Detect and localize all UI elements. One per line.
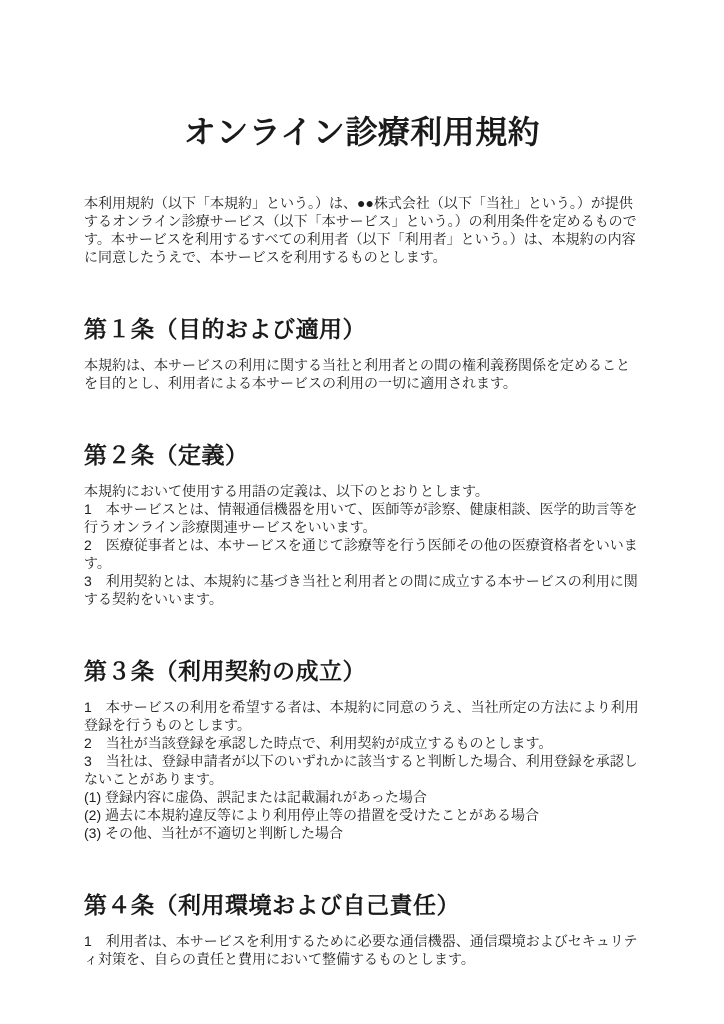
article-3-item-2: 2 当社が当該登録を承認した時点で、利用契約が成立するものとします。	[84, 734, 640, 752]
document-page: オンライン診療利用規約 本利用規約（以下「本規約」という。）は、●●株式会社（以…	[0, 0, 724, 1024]
article-2-paragraph: 本規約において使用する用語の定義は、以下のとおりとします。	[84, 482, 640, 500]
article-2-item-3: 3 利用契約とは、本規約に基づき当社と利用者との間に成立する本サービスの利用に関…	[84, 572, 640, 608]
article-2-heading: 第２条（定義）	[84, 440, 640, 470]
article-3-heading: 第３条（利用契約の成立）	[84, 656, 640, 686]
article-3-item-1: 1 本サービスの利用を希望する者は、本規約に同意のうえ、当社所定の方法により利用…	[84, 698, 640, 734]
article-4-heading: 第４条（利用環境および自己責任）	[84, 890, 640, 920]
page-title: オンライン診療利用規約	[84, 110, 640, 154]
article-3-subitem-3: (3) その他、当社が不適切と判断した場合	[84, 824, 640, 842]
article-2-item-1: 1 本サービスとは、情報通信機器を用いて、医師等が診察、健康相談、医学的助言等を…	[84, 500, 640, 536]
section-article-3: 第３条（利用契約の成立） 1 本サービスの利用を希望する者は、本規約に同意のうえ…	[84, 656, 640, 842]
article-4-item-1: 1 利用者は、本サービスを利用するために必要な通信機器、通信環境およびセキュリテ…	[84, 932, 640, 968]
intro-paragraph: 本利用規約（以下「本規約」という。）は、●●株式会社（以下「当社」という。）が提…	[84, 194, 640, 266]
article-1-paragraph: 本規約は、本サービスの利用に関する当社と利用者との間の権利義務関係を定めることを…	[84, 356, 640, 392]
section-article-4: 第４条（利用環境および自己責任） 1 利用者は、本サービスを利用するために必要な…	[84, 890, 640, 968]
article-2-item-2: 2 医療従事者とは、本サービスを通じて診療等を行う医師その他の医療資格者をいいま…	[84, 536, 640, 572]
section-article-2: 第２条（定義） 本規約において使用する用語の定義は、以下のとおりとします。 1 …	[84, 440, 640, 608]
article-3-subitem-2: (2) 過去に本規約違反等により利用停止等の措置を受けたことがある場合	[84, 806, 640, 824]
section-article-1: 第１条（目的および適用） 本規約は、本サービスの利用に関する当社と利用者との間の…	[84, 314, 640, 392]
article-3-item-3: 3 当社は、登録申請者が以下のいずれかに該当すると判断した場合、利用登録を承認し…	[84, 752, 640, 788]
article-1-heading: 第１条（目的および適用）	[84, 314, 640, 344]
article-3-subitem-1: (1) 登録内容に虚偽、誤記または記載漏れがあった場合	[84, 788, 640, 806]
